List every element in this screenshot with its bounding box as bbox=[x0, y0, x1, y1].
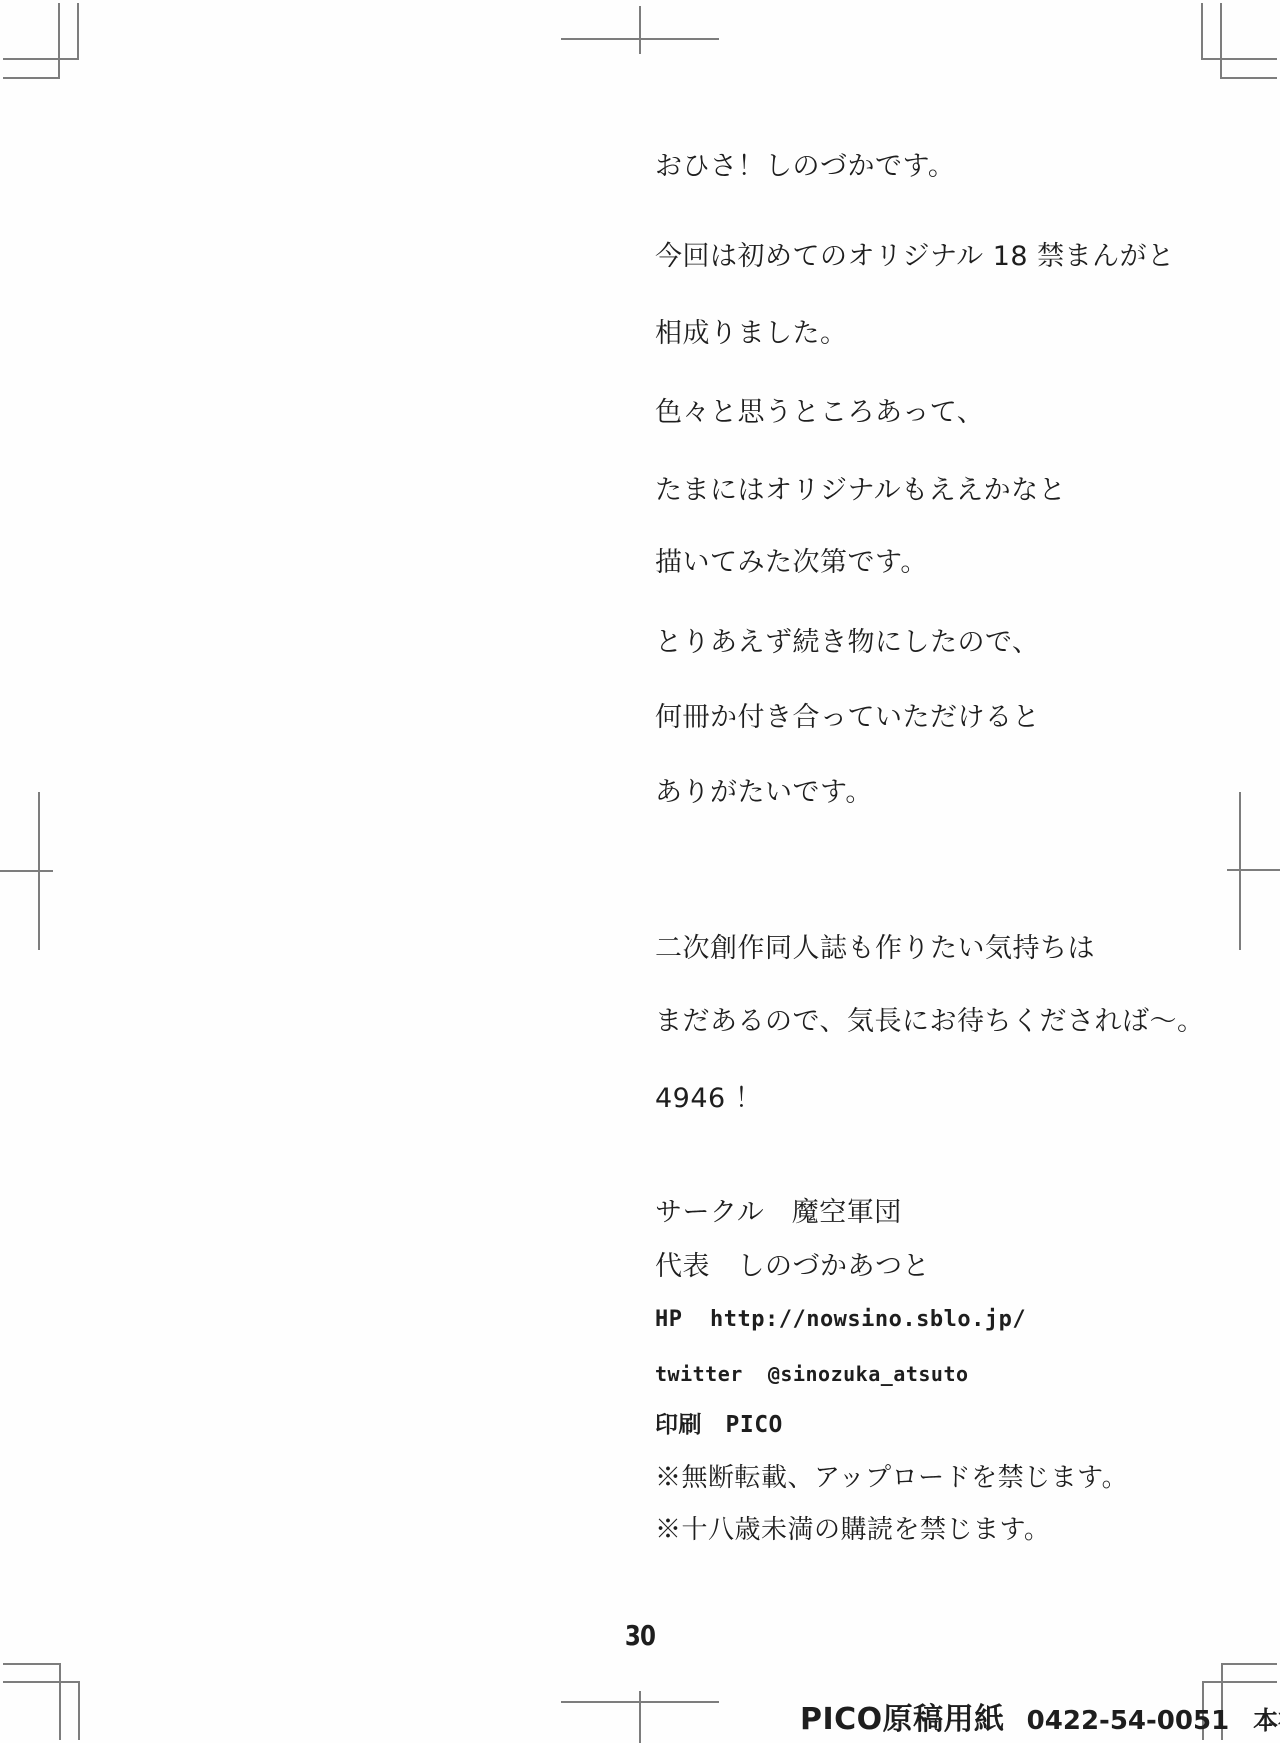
afterword-line: まだあるので、気長にお待ちくだされば～。 bbox=[655, 1008, 1204, 1035]
afterword-line: ありがたいです。 bbox=[655, 779, 873, 806]
paper-brand-label: PICO原稿用紙 bbox=[800, 1694, 1005, 1738]
twitter-handle: twitter @sinozuka_atsuto bbox=[655, 1364, 969, 1384]
afterword-line: 二次創作同人誌も作りたい気持ちは bbox=[655, 935, 1095, 962]
crop-mark-bottom-right bbox=[1221, 1663, 1277, 1665]
crop-mark-bottom-center bbox=[639, 1691, 641, 1743]
afterword-line: 4946 ！ bbox=[655, 1085, 762, 1112]
crop-mark-top-right bbox=[1220, 3, 1222, 79]
crop-mark-right-middle bbox=[1227, 869, 1280, 871]
circle-name: サークル 魔空軍団 bbox=[655, 1199, 902, 1226]
homepage-url: HP http://nowsino.sblo.jp/ bbox=[655, 1309, 1026, 1331]
afterword-line: とりあえず続き物にしたので、 bbox=[655, 629, 1039, 656]
afterword-line: たまにはオリジナルもええかなと bbox=[655, 477, 1066, 504]
crop-mark-top-right bbox=[1220, 77, 1277, 79]
crop-mark-top-left bbox=[3, 77, 60, 79]
afterword-line: おひさ！しのづかです。 bbox=[655, 153, 955, 180]
crop-mark-bottom-left bbox=[3, 1663, 61, 1665]
representative-name: 代表 しのづかあつと bbox=[655, 1253, 930, 1280]
crop-mark-bottom-right bbox=[1202, 1681, 1277, 1683]
crop-mark-top-center bbox=[561, 38, 719, 40]
crop-mark-bottom-left bbox=[3, 1681, 80, 1683]
paper-phone: 0422-54-0051 bbox=[1027, 1706, 1230, 1736]
crop-mark-top-left bbox=[77, 3, 79, 60]
afterword-line: 描いてみた次第です。 bbox=[655, 549, 928, 576]
afterword-line: 色々と思うところあって、 bbox=[655, 399, 984, 426]
manuscript-paper-footer: PICO原稿用紙 0422-54-0051 本社 bbox=[800, 1694, 1280, 1738]
afterword-line: 相成りました。 bbox=[655, 320, 848, 347]
paper-office-label: 本社 bbox=[1253, 1701, 1280, 1737]
afterword-line: 今回は初めてのオリジナル 18 禁まんがと bbox=[655, 243, 1175, 270]
crop-mark-top-center bbox=[639, 6, 641, 54]
crop-mark-right-middle bbox=[1239, 792, 1241, 950]
crop-mark-top-right bbox=[1201, 3, 1203, 60]
crop-mark-bottom-left bbox=[78, 1681, 80, 1740]
manuscript-page: おひさ！しのづかです。 今回は初めてのオリジナル 18 禁まんがと 相成りました… bbox=[0, 0, 1280, 1743]
crop-mark-top-left bbox=[58, 3, 60, 79]
crop-mark-top-left bbox=[3, 58, 79, 60]
crop-mark-top-right bbox=[1201, 58, 1277, 60]
printer-credit: 印刷 PICO bbox=[655, 1414, 783, 1437]
afterword-line: 何冊か付き合っていただけると bbox=[655, 704, 1040, 731]
crop-mark-bottom-left bbox=[59, 1663, 61, 1740]
crop-mark-bottom-center bbox=[561, 1701, 719, 1703]
notice-no-repost: ※無断転載、アップロードを禁じます。 bbox=[655, 1465, 1128, 1491]
crop-mark-left-middle bbox=[0, 870, 53, 872]
notice-adults-only: ※十八歳未満の購読を禁じます。 bbox=[655, 1517, 1050, 1543]
page-number: 30 bbox=[115, 1619, 1165, 1652]
